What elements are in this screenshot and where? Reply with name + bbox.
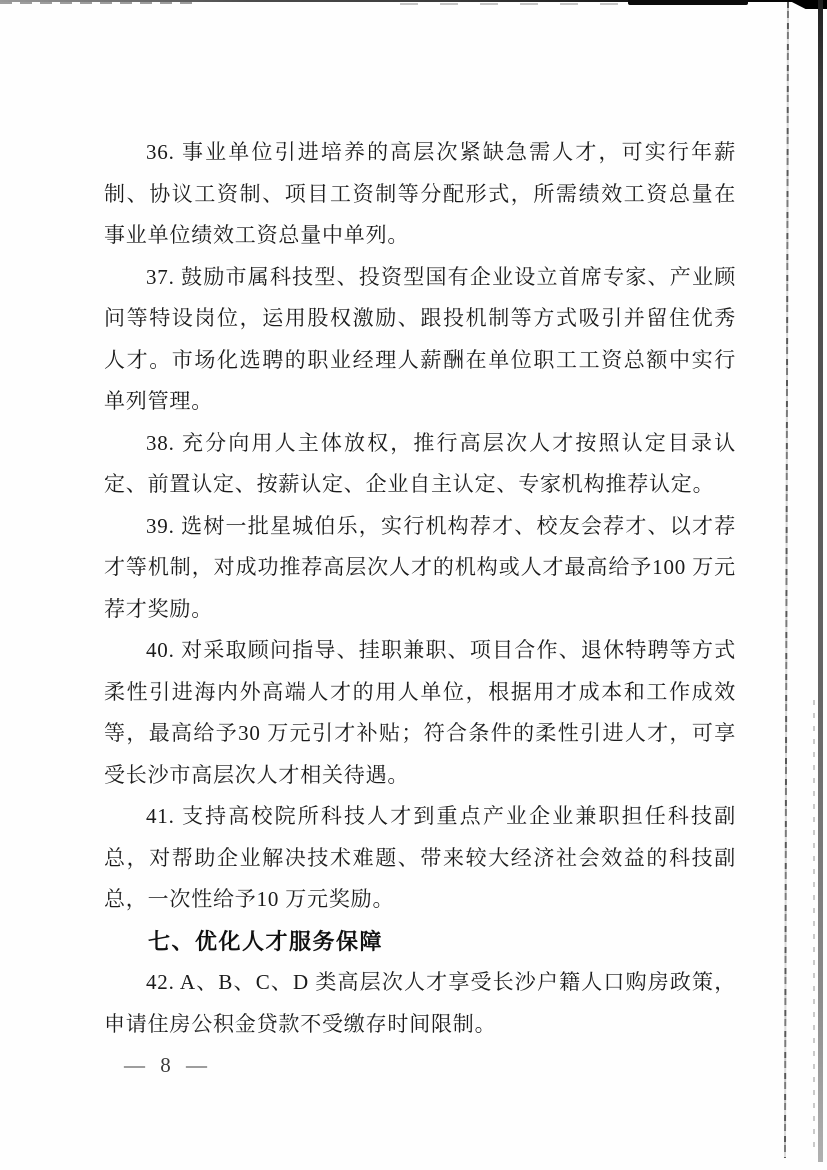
paragraph-40: 40. 对采取顾问指导、挂职兼职、项目合作、退休特聘等方式柔性引进海内外高端人才… xyxy=(104,630,736,796)
scan-artifact-vertical-line xyxy=(784,2,789,1158)
scan-artifact-top-right-corner xyxy=(788,0,827,9)
paragraph-41: 41. 支持高校院所科技人才到重点产业企业兼职担任科技副总，对帮助企业解决技术难… xyxy=(104,796,736,921)
section-heading-7: 七、优化人才服务保障 xyxy=(104,921,736,963)
scan-artifact-top-edge-line xyxy=(0,0,827,2)
scan-artifact-top-left-speckle xyxy=(0,2,195,4)
paragraph-36: 36. 事业单位引进培养的高层次紧缺急需人才，可实行年薪制、协议工资制、项目工资… xyxy=(104,132,736,257)
scan-artifact-right-edge-strip xyxy=(818,0,823,1162)
paragraph-38: 38. 充分向用人主体放权，推行高层次人才按照认定目录认定、前置认定、按薪认定、… xyxy=(104,423,736,506)
scan-artifact-right-dotted-line xyxy=(813,700,815,1150)
scan-artifact-top-mid-speckle xyxy=(400,3,620,5)
document-body: 36. 事业单位引进培养的高层次紧缺急需人才，可实行年薪制、协议工资制、项目工资… xyxy=(104,132,736,1045)
paragraph-42: 42. A、B、C、D 类高层次人才享受长沙户籍人口购房政策，申请住房公积金贷款… xyxy=(104,962,736,1045)
scanned-document-page: 36. 事业单位引进培养的高层次紧缺急需人才，可实行年薪制、协议工资制、项目工资… xyxy=(0,0,827,1170)
page-number: — 8 — xyxy=(124,1053,212,1078)
paragraph-39: 39. 选树一批星城伯乐，实行机构荐才、校友会荐才、以才荐才等机制，对成功推荐高… xyxy=(104,506,736,631)
paragraph-37: 37. 鼓励市属科技型、投资型国有企业设立首席专家、产业顾问等特设岗位，运用股权… xyxy=(104,257,736,423)
scan-artifact-top-thick-segment xyxy=(628,0,748,5)
